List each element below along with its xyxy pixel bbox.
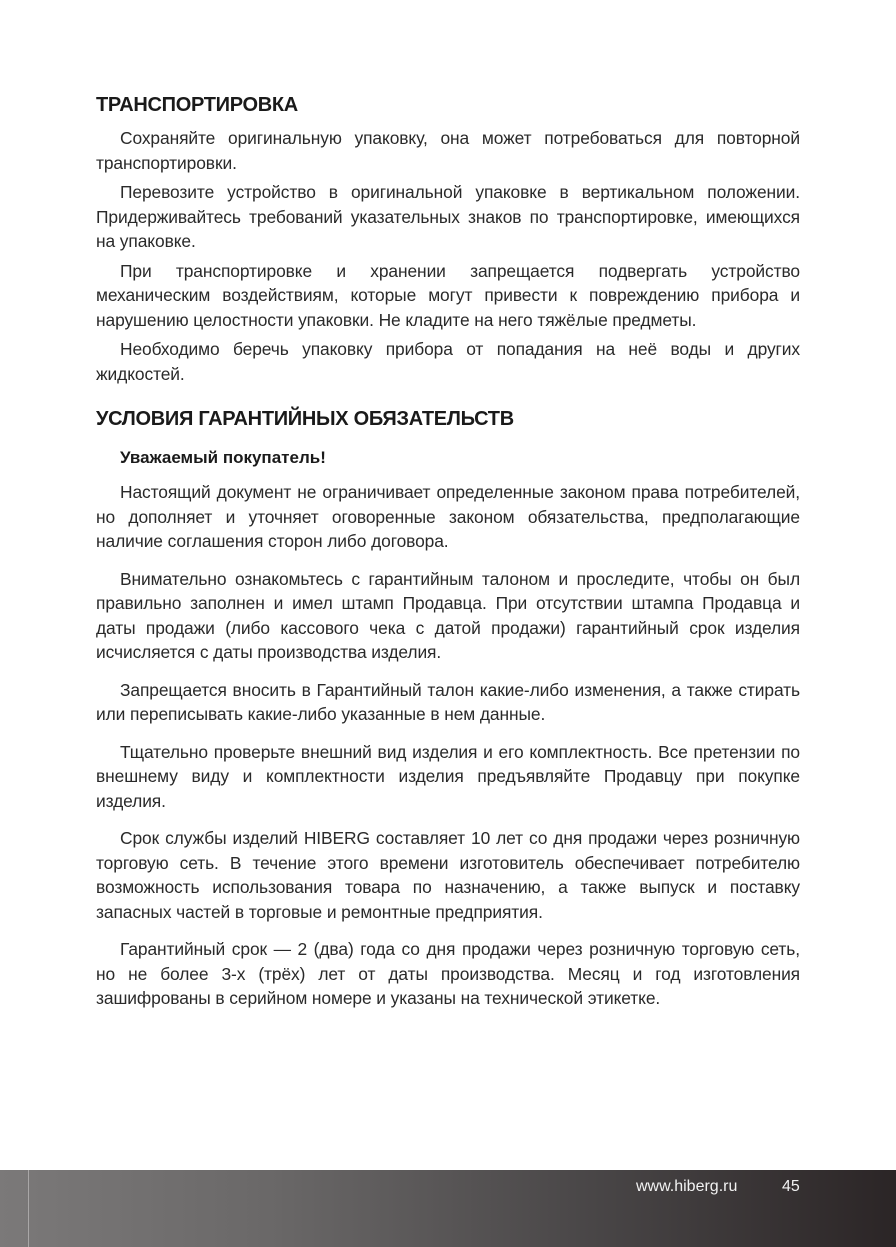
- page-number: 45: [782, 1178, 800, 1196]
- paragraph: Необходимо беречь упаковку прибора от по…: [96, 337, 800, 386]
- paragraph: Настоящий документ не ограничивает опред…: [96, 480, 800, 554]
- section-warranty-terms: УСЛОВИЯ ГАРАНТИЙНЫХ ОБЯЗАТЕЛЬСТВ Уважаем…: [96, 406, 800, 1011]
- paragraph: Гарантийный срок — 2 (два) года со дня п…: [96, 937, 800, 1011]
- section-heading: УСЛОВИЯ ГАРАНТИЙНЫХ ОБЯЗАТЕЛЬСТВ: [96, 406, 800, 432]
- greeting-subheading: Уважаемый покупатель!: [96, 446, 800, 470]
- paragraph: При транспортировке и хранении запрещает…: [96, 259, 800, 333]
- paragraph: Запрещается вносить в Гарантийный талон …: [96, 678, 800, 727]
- paragraph: Тщательно проверьте внешний вид изделия …: [96, 740, 800, 814]
- paragraph: Внимательно ознакомьтесь с гарантийным т…: [96, 567, 800, 665]
- paragraph: Срок службы изделий HIBERG составляет 10…: [96, 826, 800, 924]
- section-heading: ТРАНСПОРТИРОВКА: [96, 92, 800, 118]
- paragraph: Перевозите устройство в оригинальной упа…: [96, 180, 800, 254]
- page-content: ТРАНСПОРТИРОВКА Сохраняйте оригинальную …: [96, 92, 800, 1024]
- section-transportation: ТРАНСПОРТИРОВКА Сохраняйте оригинальную …: [96, 92, 800, 386]
- page-footer: www.hiberg.ru 45: [0, 1170, 896, 1247]
- paragraph: Сохраняйте оригинальную упаковку, она мо…: [96, 126, 800, 175]
- footer-website-link[interactable]: www.hiberg.ru: [636, 1178, 737, 1196]
- footer-divider-line: [28, 1170, 29, 1247]
